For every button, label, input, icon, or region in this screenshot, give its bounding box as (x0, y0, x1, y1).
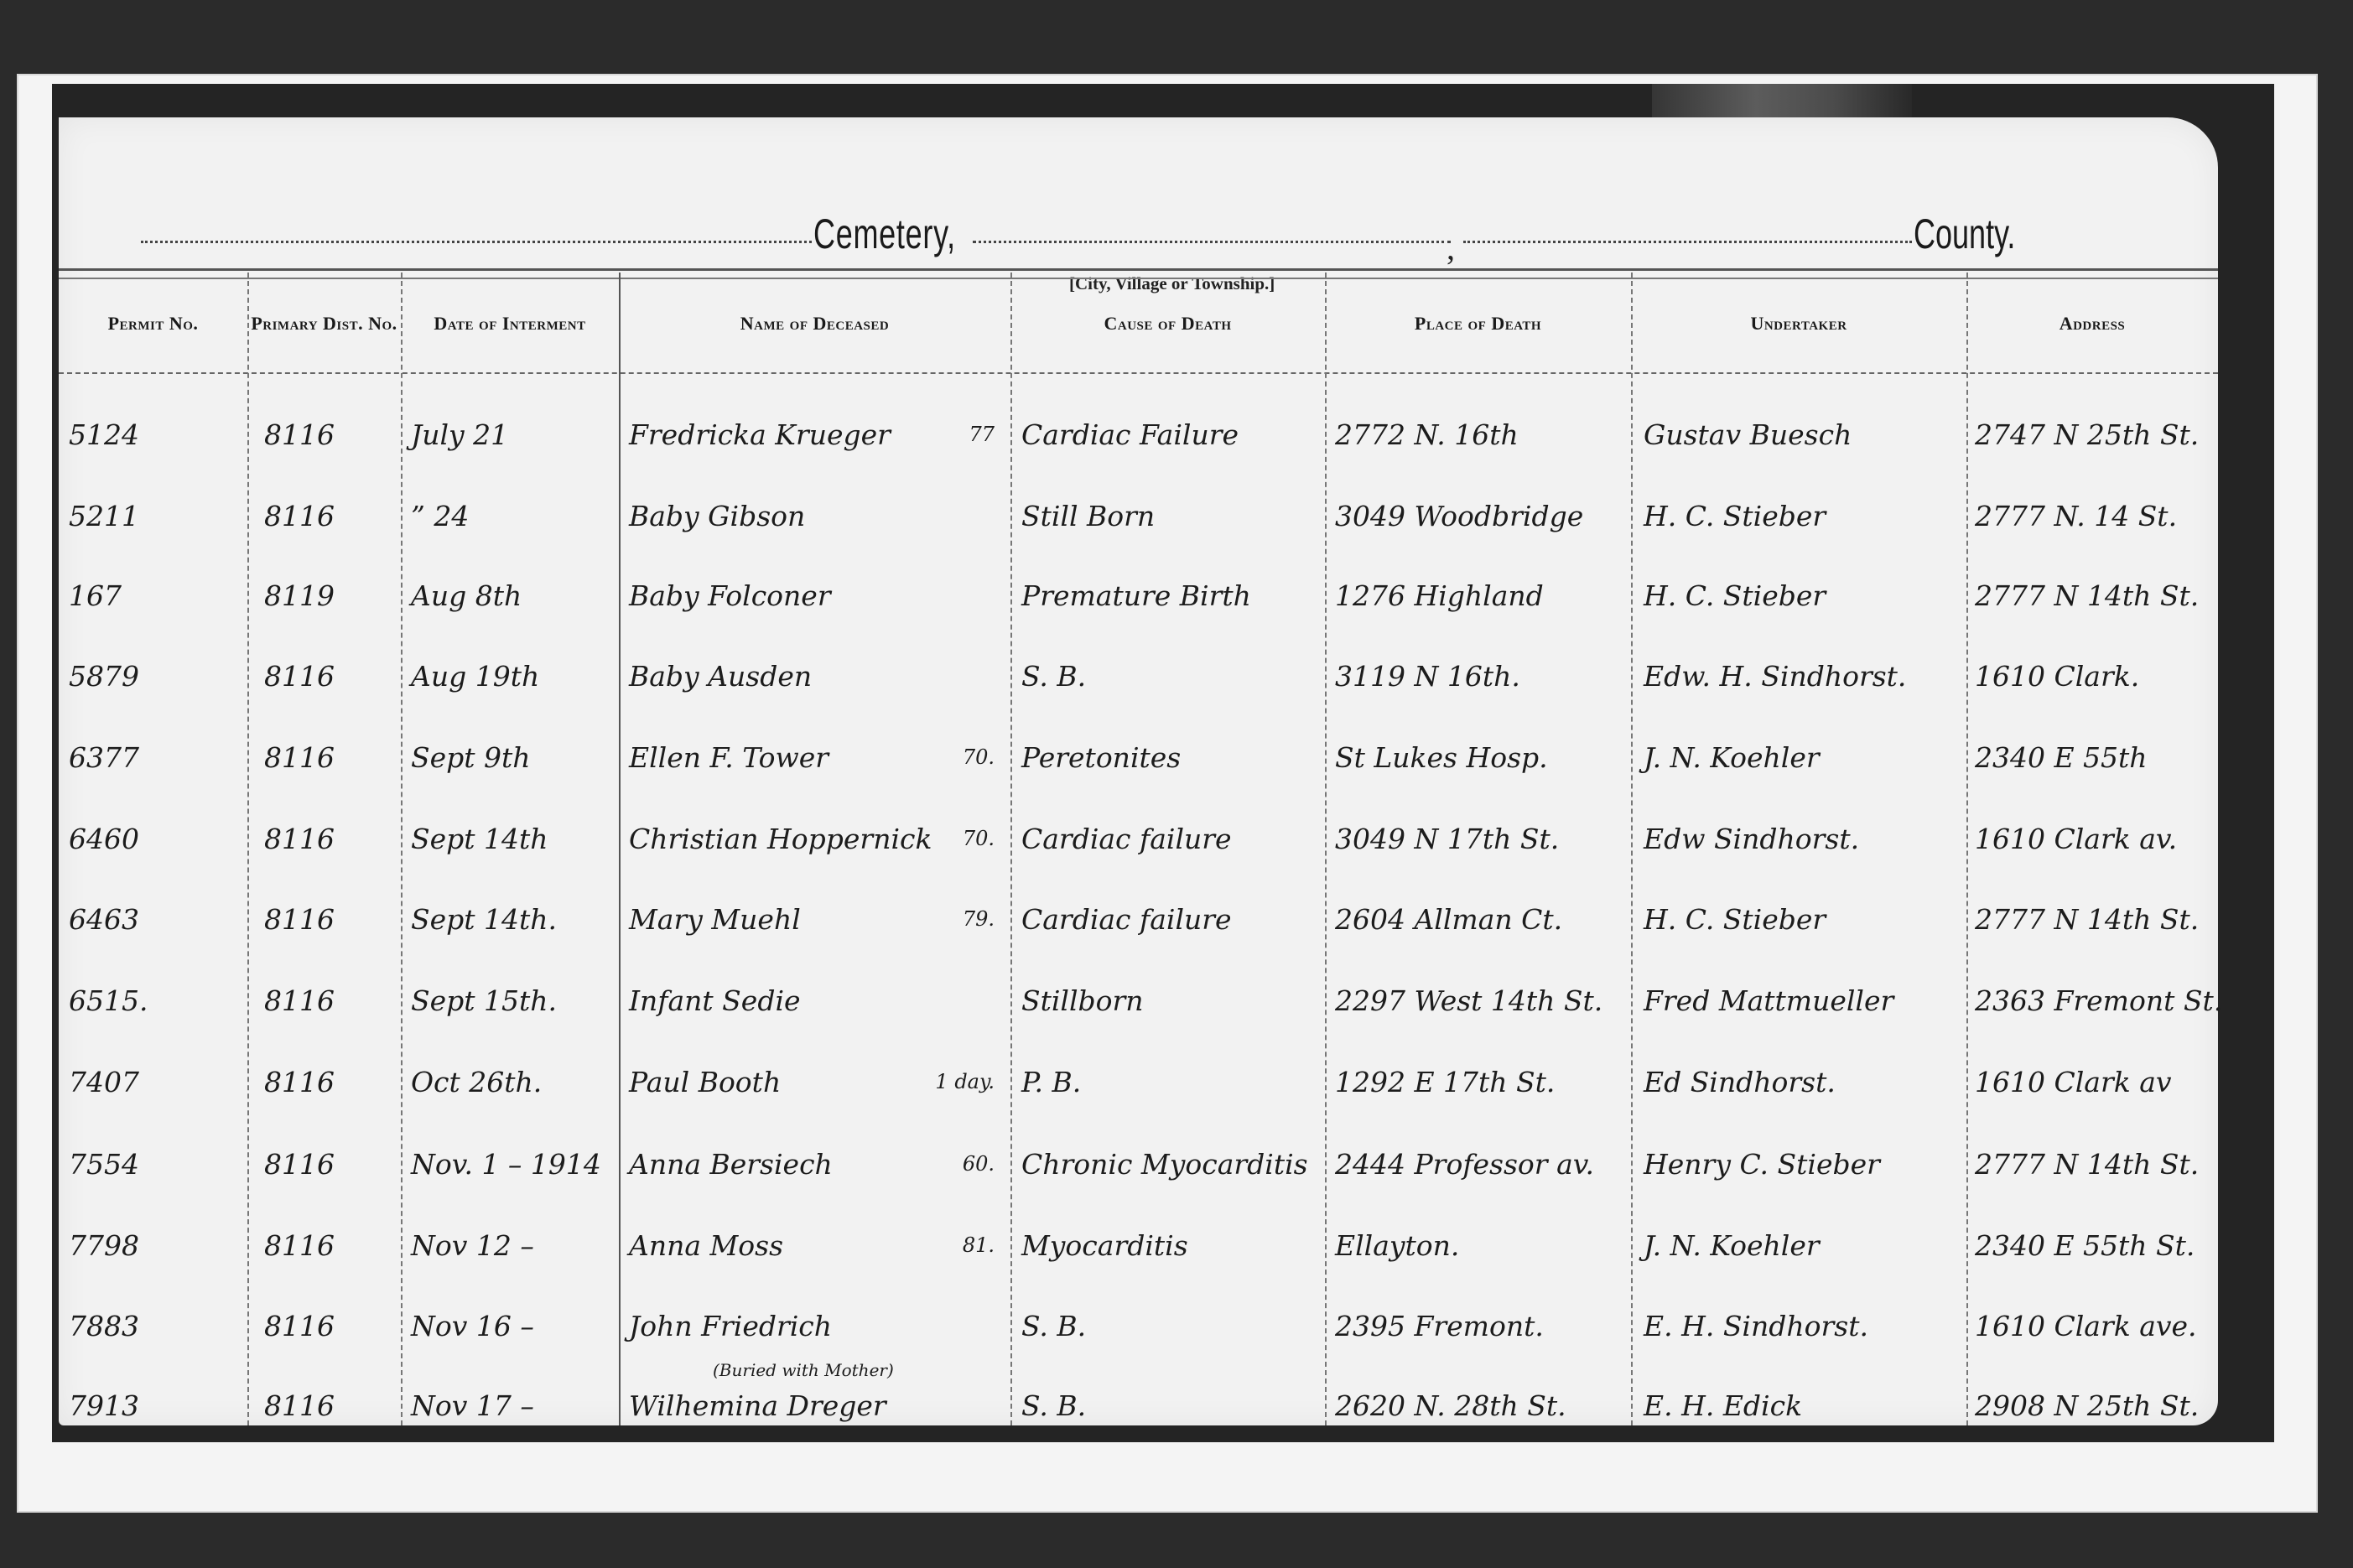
date-of-interment-cell-text: Oct 26th. (411, 1066, 542, 1098)
table-row: 6515.8116Sept 15th.Infant SedieStillborn… (59, 960, 2218, 1041)
date-of-interment-cell: Nov 16 – (411, 1285, 616, 1366)
cause-of-death-cell: S. B. (1021, 1285, 1323, 1366)
table-row: 64638116Sept 14th.Mary Muehl79.Cardiac f… (59, 879, 2218, 959)
undertaker-cell-text: Gustav Buesch (1644, 418, 1852, 451)
undertaker-cell: Fred Mattmueller (1644, 960, 1962, 1041)
table-row: 52118116” 24Baby GibsonStill Born3049 Wo… (59, 475, 2218, 556)
permit-no-cell: 7554 (69, 1124, 245, 1204)
primary-dist-no-cell-text: 8116 (264, 903, 335, 936)
name-of-deceased-cell: Christian Hoppernick70. (629, 798, 1006, 879)
place-of-death-cell-text: 1276 Highland (1335, 579, 1544, 612)
undertaker-cell-text: J. N. Koehler (1644, 1229, 1820, 1262)
address-cell: 2340 E 55th St. (1975, 1205, 2218, 1285)
permit-no-cell: 7407 (69, 1041, 245, 1122)
address-cell: 2777 N 14th St. (1975, 1124, 2218, 1204)
place-of-death-cell-text: 3049 N 17th St. (1335, 823, 1559, 855)
table-row: 77988116Nov 12 –Anna Moss81.MyocarditisE… (59, 1205, 2218, 1285)
register-page: Cemetery, , County. [City, Village or To… (59, 117, 2218, 1425)
name-of-deceased-cell-text: Christian Hoppernick (629, 823, 932, 855)
place-of-death-cell-text: 2395 Fremont. (1335, 1310, 1544, 1342)
address-cell-text: 1610 Clark av (1975, 1066, 2172, 1098)
permit-no-cell-text: 5879 (69, 660, 139, 693)
cause-of-death-cell-text: Stillborn (1021, 984, 1144, 1017)
cause-of-death-cell: Myocarditis (1021, 1205, 1323, 1285)
address-cell: 2340 E 55th (1975, 717, 2218, 797)
age-of-deceased: 60. (963, 1152, 995, 1176)
county-blank (1463, 241, 1912, 243)
address-cell-text: 1610 Clark ave. (1975, 1310, 2197, 1342)
permit-no-cell-text: 6460 (69, 823, 139, 855)
tape-mark (1652, 84, 1912, 117)
permit-no-cell: 5211 (69, 475, 245, 556)
place-of-death-cell-text: Ellayton. (1335, 1229, 1459, 1262)
date-of-interment-cell-text: Sept 14th (411, 823, 548, 855)
date-of-interment-cell-text: Nov 16 – (411, 1310, 534, 1342)
table-row: 63778116Sept 9thEllen F. Tower70.Pereton… (59, 717, 2218, 797)
undertaker-cell: J. N. Koehler (1644, 1205, 1962, 1285)
cause-of-death-cell-text: Peretonites (1021, 741, 1181, 774)
date-of-interment-cell-text: Nov 17 – (411, 1389, 534, 1422)
place-of-death-cell-text: 1292 E 17th St. (1335, 1066, 1555, 1098)
name-of-deceased-cell-text: John Friedrich (629, 1310, 832, 1342)
place-of-death-cell-text: 2297 West 14th St. (1335, 984, 1602, 1017)
name-of-deceased-cell: Paul Booth1 day. (629, 1041, 1006, 1122)
permit-no-cell: 6460 (69, 798, 245, 879)
address-cell-text: 2747 N 25th St. (1975, 418, 2199, 451)
primary-dist-no-cell: 8116 (264, 798, 398, 879)
primary-dist-no-cell: 8116 (264, 1041, 398, 1122)
permit-no-cell: 7883 (69, 1285, 245, 1366)
place-of-death-cell-text: 2444 Professor av. (1335, 1148, 1594, 1181)
name-of-deceased-cell: Mary Muehl79. (629, 879, 1006, 959)
place-of-death-cell: 2444 Professor av. (1335, 1124, 1628, 1204)
date-of-interment-cell: ” 24 (411, 475, 616, 556)
address-cell: 1610 Clark ave. (1975, 1285, 2218, 1366)
cause-of-death-cell: Cardiac failure (1021, 798, 1323, 879)
primary-dist-no-cell-text: 8116 (264, 823, 335, 855)
name-of-deceased-cell-text: Anna Bersiech (629, 1148, 833, 1181)
date-of-interment-cell: Aug 8th (411, 555, 616, 636)
place-of-death-cell-text: 2620 N. 28th St. (1335, 1389, 1566, 1422)
cause-of-death-cell-text: Still Born (1021, 500, 1155, 532)
date-of-interment-cell: Sept 15th. (411, 960, 616, 1041)
place-of-death-cell-text: St Lukes Hosp. (1335, 741, 1548, 774)
permit-no-cell-text: 7913 (69, 1389, 139, 1422)
permit-no-cell-text: 7883 (69, 1310, 139, 1342)
address-cell: 1610 Clark av (1975, 1041, 2218, 1122)
primary-dist-no-cell-text: 8116 (264, 1066, 335, 1098)
undertaker-cell-text: Fred Mattmueller (1644, 984, 1893, 1017)
age-of-deceased: 77 (969, 423, 995, 446)
permit-no-cell: 6377 (69, 717, 245, 797)
date-of-interment-cell-text: Sept 14th. (411, 903, 557, 936)
permit-no-cell: 5879 (69, 636, 245, 716)
address-cell: 2908 N 25th St. (1975, 1365, 2218, 1446)
undertaker-cell-text: Edw. H. Sindhorst. (1644, 660, 1906, 693)
place-of-death-cell: 3049 Woodbridge (1335, 475, 1628, 556)
name-of-deceased-cell-text: Fredricka Krueger (629, 418, 891, 451)
permit-no-cell-text: 5211 (69, 500, 139, 532)
name-of-deceased-cell-text: Mary Muehl (629, 903, 801, 936)
address-cell-text: 2777 N. 14 St. (1975, 500, 2177, 532)
undertaker-cell-text: E. H. Sindhorst. (1644, 1310, 1868, 1342)
name-of-deceased-cell: Infant Sedie (629, 960, 1006, 1041)
primary-dist-no-cell-text: 8116 (264, 418, 335, 451)
address-cell-text: 2777 N 14th St. (1975, 579, 2199, 612)
permit-no-cell: 167 (69, 555, 245, 636)
primary-dist-no-cell: 8116 (264, 717, 398, 797)
undertaker-cell: H. C. Stieber (1644, 879, 1962, 959)
date-of-interment-cell: Oct 26th. (411, 1041, 616, 1122)
name-of-deceased-cell: Anna Bersiech60. (629, 1124, 1006, 1204)
address-cell: 2777 N 14th St. (1975, 879, 2218, 959)
date-of-interment-cell-text: Aug 8th (411, 579, 522, 612)
date-of-interment-cell: Sept 14th. (411, 879, 616, 959)
cause-of-death-cell: Still Born (1021, 475, 1323, 556)
header-primary-dist-no: Primary Dist. No. (247, 277, 401, 371)
name-of-deceased-cell-text: Anna Moss (629, 1229, 783, 1262)
header-date-of-interment: Date of Interment (401, 277, 619, 371)
name-of-deceased-cell-text: Paul Booth (629, 1066, 781, 1098)
table-row: 75548116Nov. 1 – 1914Anna Bersiech60.Chr… (59, 1124, 2218, 1204)
cause-of-death-cell-text: S. B. (1021, 1389, 1086, 1422)
table-row: 64608116Sept 14thChristian Hoppernick70.… (59, 798, 2218, 879)
primary-dist-no-cell: 8116 (264, 394, 398, 475)
cause-of-death-cell: Stillborn (1021, 960, 1323, 1041)
name-of-deceased-cell: Ellen F. Tower70. (629, 717, 1006, 797)
cemetery-name-blank (141, 241, 812, 243)
cause-of-death-cell-text: S. B. (1021, 660, 1086, 693)
primary-dist-no-cell-text: 8116 (264, 1148, 335, 1181)
undertaker-cell-text: J. N. Koehler (1644, 741, 1820, 774)
place-of-death-cell-text: 2772 N. 16th (1335, 418, 1519, 451)
place-of-death-cell: 1292 E 17th St. (1335, 1041, 1628, 1122)
cause-of-death-cell: Premature Birth (1021, 555, 1323, 636)
age-of-deceased: 70. (963, 827, 995, 850)
cause-of-death-cell: Cardiac failure (1021, 879, 1323, 959)
name-of-deceased-cell: Baby Gibson (629, 475, 1006, 556)
place-of-death-cell: 2297 West 14th St. (1335, 960, 1628, 1041)
age-of-deceased: 70. (963, 745, 995, 769)
age-of-deceased: 81. (963, 1233, 995, 1257)
date-of-interment-cell: Sept 14th (411, 798, 616, 879)
undertaker-cell: E. H. Sindhorst. (1644, 1285, 1962, 1366)
primary-dist-no-cell-text: 8116 (264, 1389, 335, 1422)
date-of-interment-cell: Aug 19th (411, 636, 616, 716)
primary-dist-no-cell: 8116 (264, 879, 398, 959)
date-of-interment-cell-text: Aug 19th (411, 660, 539, 693)
cause-of-death-cell-text: Premature Birth (1021, 579, 1251, 612)
name-of-deceased-cell-text: Baby Ausden (629, 660, 812, 693)
county-label: County. (1914, 210, 2015, 258)
primary-dist-no-cell: 8116 (264, 636, 398, 716)
permit-no-cell-text: 6377 (69, 741, 139, 774)
cause-of-death-cell: Cardiac Failure (1021, 394, 1323, 475)
undertaker-cell: H. C. Stieber (1644, 555, 1962, 636)
place-of-death-cell-text: 2604 Allman Ct. (1335, 903, 1562, 936)
cause-of-death-cell: P. B. (1021, 1041, 1323, 1122)
date-of-interment-cell-text: July 21 (411, 418, 508, 451)
place-of-death-cell: 3119 N 16th. (1335, 636, 1628, 716)
age-of-deceased: 1 day. (935, 1070, 995, 1093)
header-address: Address (1966, 277, 2218, 371)
date-of-interment-cell-text: Sept 15th. (411, 984, 557, 1017)
date-of-interment-cell: July 21 (411, 394, 616, 475)
permit-no-cell: 6463 (69, 879, 245, 959)
date-of-interment-cell-text: Nov 12 – (411, 1229, 534, 1262)
date-of-interment-cell-text: ” 24 (411, 500, 469, 532)
name-of-deceased-cell: Anna Moss81. (629, 1205, 1006, 1285)
address-cell: 2777 N. 14 St. (1975, 475, 2218, 556)
undertaker-cell: Ed Sindhorst. (1644, 1041, 1962, 1122)
permit-no-cell: 6515. (69, 960, 245, 1041)
undertaker-cell-text: H. C. Stieber (1644, 500, 1826, 532)
primary-dist-no-cell-text: 8116 (264, 1229, 335, 1262)
name-of-deceased-cell: Fredricka Krueger77 (629, 394, 1006, 475)
place-of-death-cell: 1276 Highland (1335, 555, 1628, 636)
comma-separator: , (1447, 228, 1455, 267)
address-cell-text: 2777 N 14th St. (1975, 903, 2199, 936)
header-permit-no: Permit No. (59, 277, 247, 371)
name-of-deceased-cell-text: Ellen F. Tower (629, 741, 828, 774)
header-cause-of-death: Cause of Death (1010, 277, 1325, 371)
address-cell: 2777 N 14th St. (1975, 555, 2218, 636)
address-cell-text: 2777 N 14th St. (1975, 1148, 2199, 1181)
undertaker-cell: J. N. Koehler (1644, 717, 1962, 797)
cause-of-death-cell-text: S. B. (1021, 1310, 1086, 1342)
table-row: 78838116Nov 16 –John FriedrichS. B.2395 … (59, 1285, 2218, 1366)
place-of-death-cell: 2395 Fremont. (1335, 1285, 1628, 1366)
place-of-death-cell: 3049 N 17th St. (1335, 798, 1628, 879)
primary-dist-no-cell: 8116 (264, 1124, 398, 1204)
header-bottom-rule (59, 372, 2218, 374)
permit-no-cell: 5124 (69, 394, 245, 475)
date-of-interment-cell-text: Nov. 1 – 1914 (411, 1148, 601, 1181)
undertaker-cell: H. C. Stieber (1644, 475, 1962, 556)
name-of-deceased-cell: Baby Ausden (629, 636, 1006, 716)
address-cell-text: 2363 Fremont St. (1975, 984, 2222, 1017)
table-row: 74078116Oct 26th.Paul Booth1 day.P. B.12… (59, 1041, 2218, 1122)
permit-no-cell: 7913 (69, 1365, 245, 1446)
name-of-deceased-cell: John Friedrich (629, 1285, 1006, 1366)
undertaker-cell: Henry C. Stieber (1644, 1124, 1962, 1204)
primary-dist-no-cell: 8116 (264, 1285, 398, 1366)
name-of-deceased-cell: Baby Folconer (629, 555, 1006, 636)
undertaker-cell: Gustav Buesch (1644, 394, 1962, 475)
permit-no-cell-text: 7407 (69, 1066, 139, 1098)
header-name-of-deceased: Name of Deceased (619, 277, 1010, 371)
primary-dist-no-cell: 8116 (264, 475, 398, 556)
primary-dist-no-cell: 8119 (264, 555, 398, 636)
permit-no-cell-text: 6515. (69, 984, 148, 1017)
cause-of-death-cell: Peretonites (1021, 717, 1323, 797)
cemetery-label: Cemetery, (813, 210, 956, 258)
undertaker-cell: E. H. Edick (1644, 1365, 1962, 1446)
address-cell: 1610 Clark. (1975, 636, 2218, 716)
place-of-death-cell-text: 3049 Woodbridge (1335, 500, 1583, 532)
name-of-deceased-cell-text: Infant Sedie (629, 984, 801, 1017)
cause-of-death-cell-text: Myocarditis (1021, 1229, 1188, 1262)
cause-of-death-cell-text: Cardiac failure (1021, 823, 1232, 855)
table-row: 79138116Nov 17 –Wilhemina DregerS. B.262… (59, 1365, 2218, 1446)
date-of-interment-cell: Sept 9th (411, 717, 616, 797)
address-cell-text: 2908 N 25th St. (1975, 1389, 2199, 1422)
date-of-interment-cell: Nov 12 – (411, 1205, 616, 1285)
cause-of-death-cell-text: Chronic Myocarditis (1021, 1148, 1308, 1181)
primary-dist-no-cell: 8116 (264, 1365, 398, 1446)
address-cell: 2363 Fremont St. (1975, 960, 2218, 1041)
undertaker-cell-text: Henry C. Stieber (1644, 1148, 1880, 1181)
cause-of-death-cell: S. B. (1021, 1365, 1323, 1446)
permit-no-cell: 7798 (69, 1205, 245, 1285)
undertaker-cell-text: H. C. Stieber (1644, 579, 1826, 612)
undertaker-cell: Edw Sindhorst. (1644, 798, 1962, 879)
cause-of-death-cell: S. B. (1021, 636, 1323, 716)
header-place-of-death: Place of Death (1325, 277, 1631, 371)
permit-no-cell-text: 7798 (69, 1229, 139, 1262)
place-of-death-cell-text: 3119 N 16th. (1335, 660, 1520, 693)
permit-no-cell-text: 6463 (69, 903, 139, 936)
age-of-deceased: 79. (963, 907, 995, 931)
primary-dist-no-cell-text: 8116 (264, 1310, 335, 1342)
primary-dist-no-cell-text: 8116 (264, 660, 335, 693)
cause-of-death-cell-text: Cardiac Failure (1021, 418, 1239, 451)
name-of-deceased-cell-text: Baby Gibson (629, 500, 805, 532)
name-of-deceased-cell-text: Wilhemina Dreger (629, 1389, 886, 1422)
header-undertaker: Undertaker (1631, 277, 1966, 371)
address-cell: 1610 Clark av. (1975, 798, 2218, 879)
primary-dist-no-cell-text: 8116 (264, 984, 335, 1017)
place-of-death-cell: 2604 Allman Ct. (1335, 879, 1628, 959)
place-of-death-cell: St Lukes Hosp. (1335, 717, 1628, 797)
undertaker-cell-text: Edw Sindhorst. (1644, 823, 1859, 855)
place-of-death-cell: 2620 N. 28th St. (1335, 1365, 1628, 1446)
cause-of-death-cell-text: P. B. (1021, 1066, 1081, 1098)
city-blank (973, 241, 1451, 243)
undertaker-cell: Edw. H. Sindhorst. (1644, 636, 1962, 716)
place-of-death-cell: 2772 N. 16th (1335, 394, 1628, 475)
primary-dist-no-cell-text: 8116 (264, 741, 335, 774)
address-cell-text: 1610 Clark av. (1975, 823, 2177, 855)
cause-of-death-cell-text: Cardiac failure (1021, 903, 1232, 936)
burial-note: (Buried with Mother) (713, 1360, 894, 1380)
table-row: 58798116Aug 19thBaby AusdenS. B.3119 N 1… (59, 636, 2218, 716)
primary-dist-no-cell: 8116 (264, 960, 398, 1041)
table-row: 51248116July 21Fredricka Krueger77Cardia… (59, 394, 2218, 475)
table-row: 1678119Aug 8thBaby FolconerPremature Bir… (59, 555, 2218, 636)
address-cell-text: 2340 E 55th (1975, 741, 2148, 774)
place-of-death-cell: Ellayton. (1335, 1205, 1628, 1285)
primary-dist-no-cell-text: 8119 (264, 579, 335, 612)
undertaker-cell-text: E. H. Edick (1644, 1389, 1802, 1422)
permit-no-cell-text: 7554 (69, 1148, 139, 1181)
date-of-interment-cell-text: Sept 9th (411, 741, 531, 774)
undertaker-cell-text: Ed Sindhorst. (1644, 1066, 1836, 1098)
date-of-interment-cell: Nov. 1 – 1914 (411, 1124, 616, 1204)
name-of-deceased-cell-text: Baby Folconer (629, 579, 831, 612)
primary-dist-no-cell: 8116 (264, 1205, 398, 1285)
address-cell-text: 1610 Clark. (1975, 660, 2139, 693)
address-cell: 2747 N 25th St. (1975, 394, 2218, 475)
date-of-interment-cell: Nov 17 – (411, 1365, 616, 1446)
undertaker-cell-text: H. C. Stieber (1644, 903, 1826, 936)
permit-no-cell-text: 167 (69, 579, 122, 612)
primary-dist-no-cell-text: 8116 (264, 500, 335, 532)
permit-no-cell-text: 5124 (69, 418, 139, 451)
address-cell-text: 2340 E 55th St. (1975, 1229, 2195, 1262)
cause-of-death-cell: Chronic Myocarditis (1021, 1124, 1323, 1204)
